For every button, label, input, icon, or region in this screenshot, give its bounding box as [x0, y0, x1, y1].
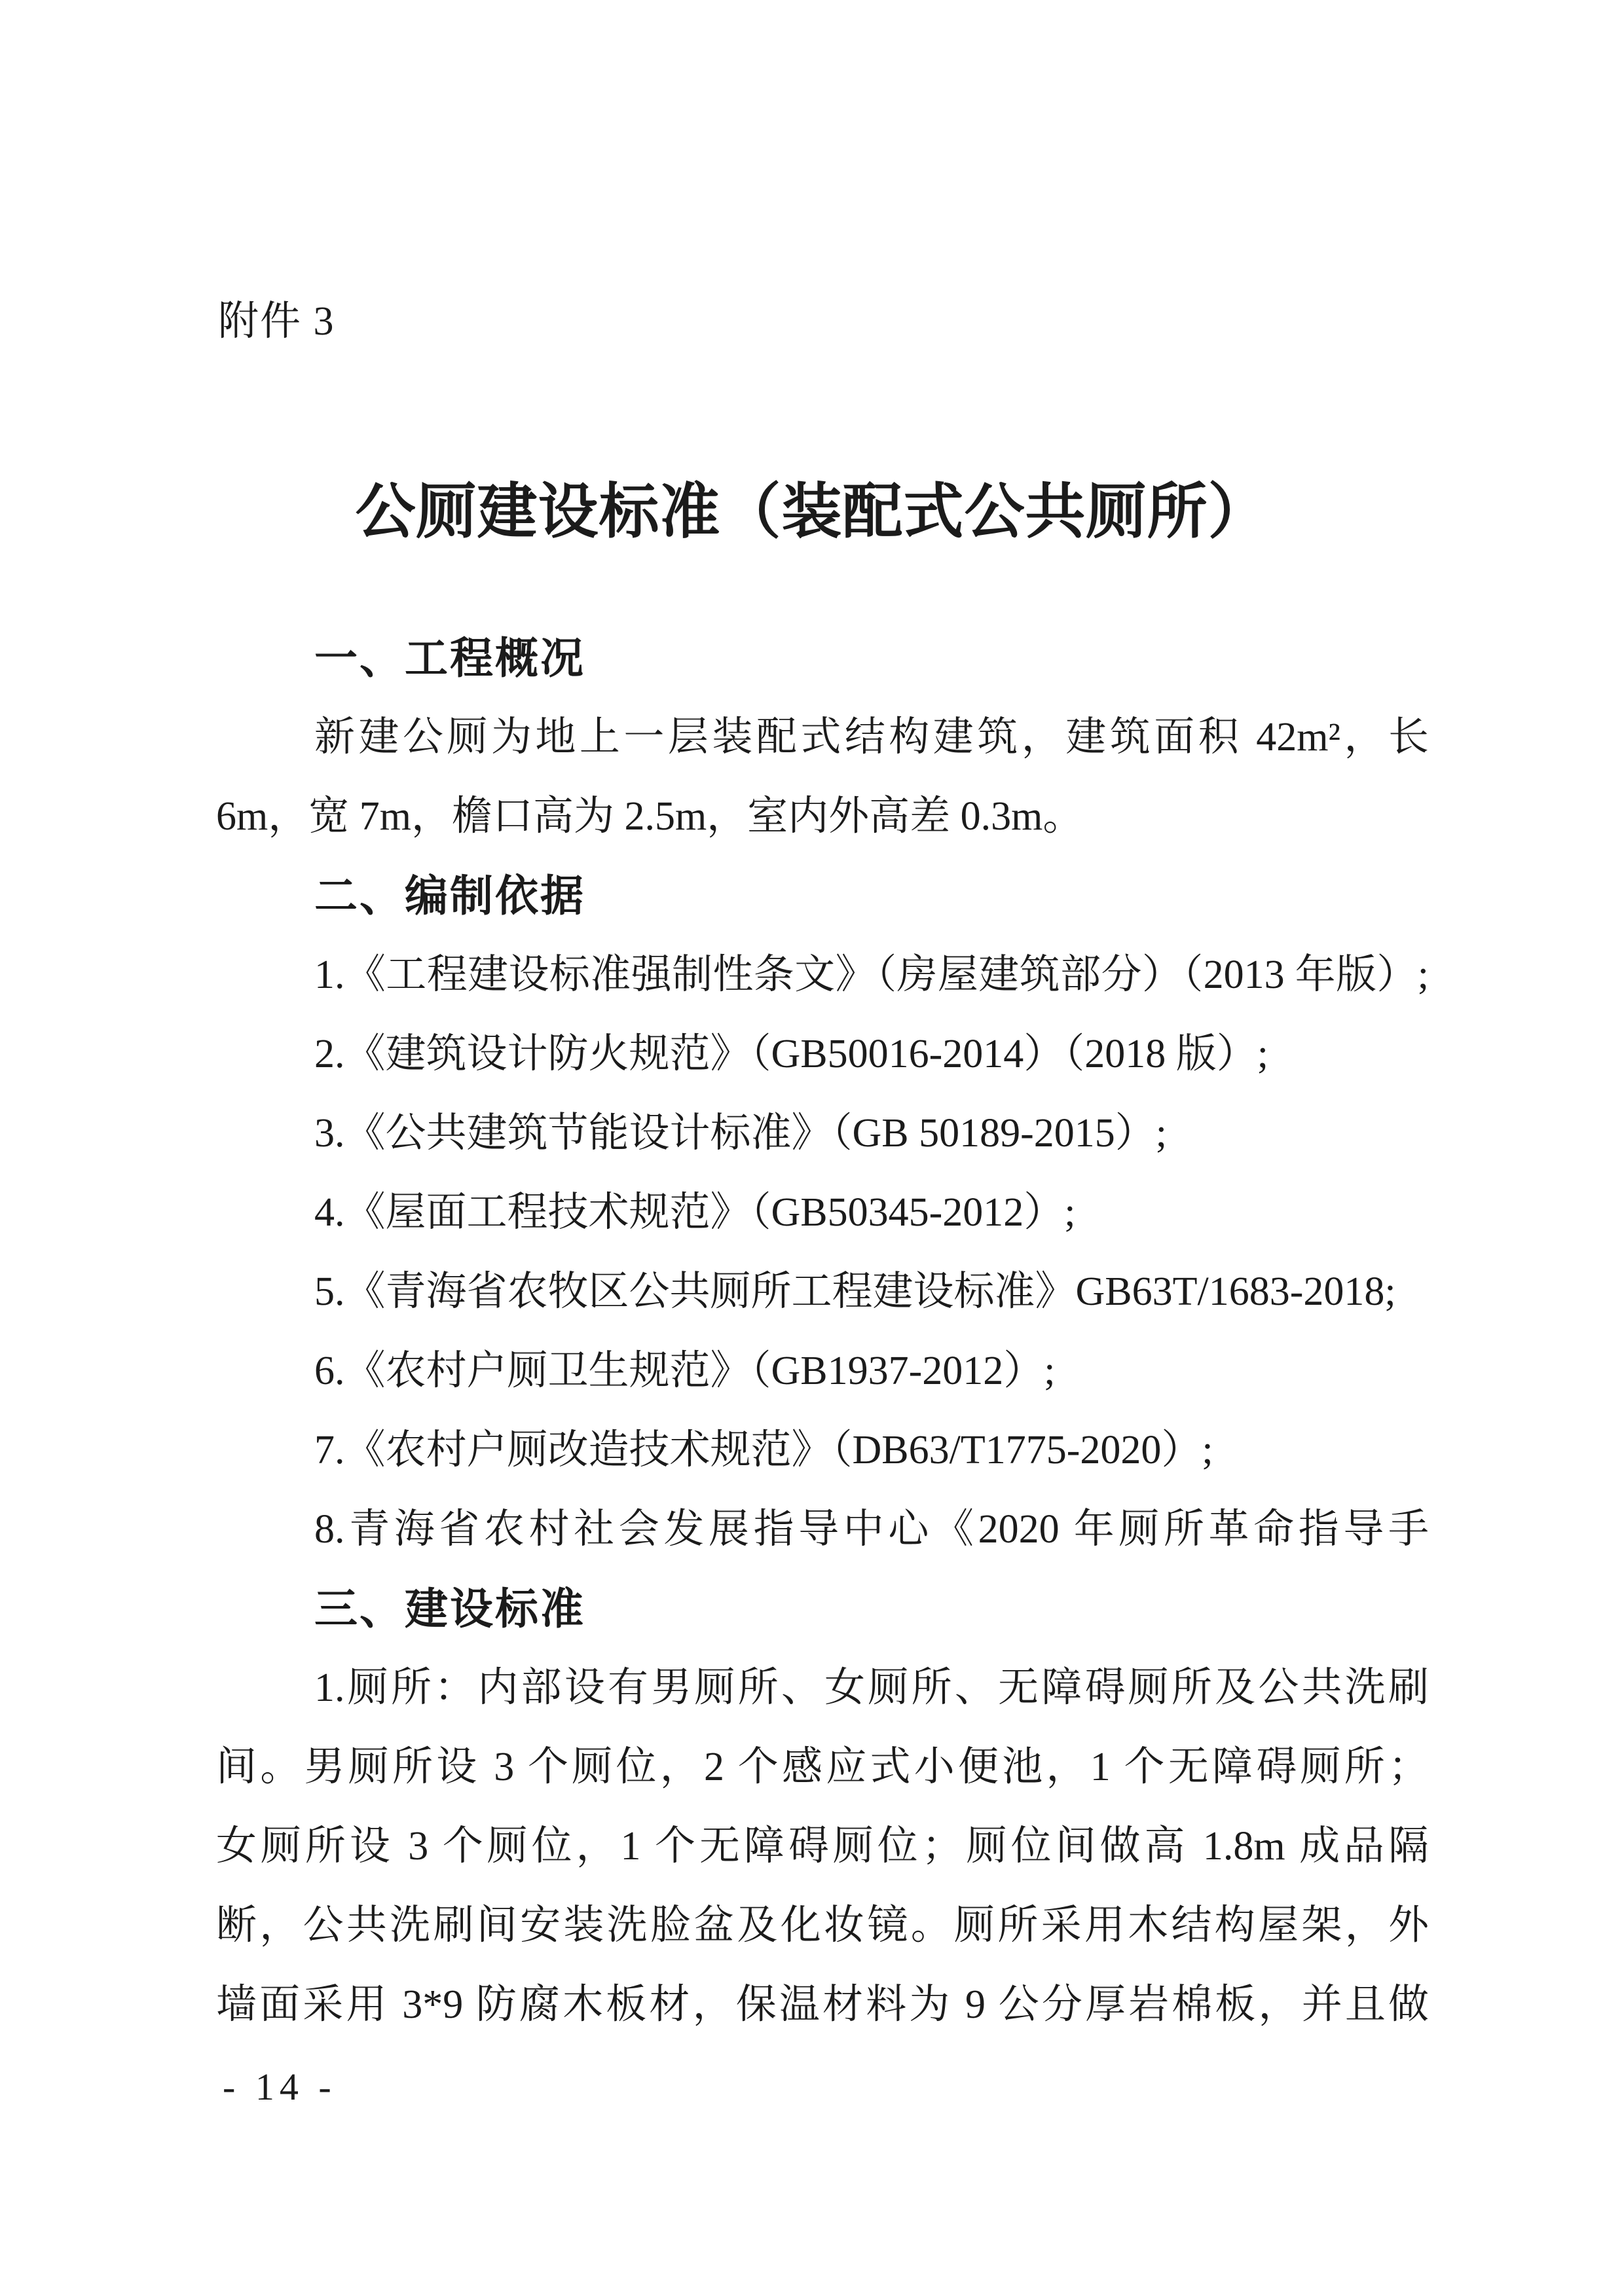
body-line: 间。男厕所设 3 个厕位，2 个感应式小便池，1 个无障碍厕所； — [216, 1728, 1429, 1807]
reference-item-2: 2.《建筑设计防火规范》（GB50016-2014）（2018 版）; — [216, 1015, 1429, 1094]
reference-item-8: 8.青海省农村社会发展指导中心《2020 年厕所革命指导手册》。 — [216, 1490, 1429, 1569]
body-line: 女厕所设 3 个厕位，1 个无障碍厕位；厕位间做高 1.8m 成品隔 — [216, 1807, 1429, 1886]
reference-item-5: 5.《青海省农牧区公共厕所工程建设标准》GB63T/1683-2018; — [216, 1252, 1429, 1332]
page-number: - 14 - — [223, 2061, 337, 2113]
body-line: 断，公共洗刷间安装洗脸盆及化妆镜。厕所采用木结构屋架，外 — [216, 1886, 1429, 1965]
section-heading-construction-standard: 三、建设标准 — [216, 1569, 1429, 1649]
reference-item-1: 1.《工程建设标准强制性条文》（房屋建筑部分）（2013 年版）; — [216, 936, 1429, 1015]
document-body: 一、工程概况 新建公厕为地上一层装配式结构建筑，建筑面积 42m²，长 6m，宽… — [216, 619, 1429, 2045]
document-title: 公厕建设标准（装配式公共厕所） — [0, 475, 1624, 549]
body-line: 1.厕所：内部设有男厕所、女厕所、无障碍厕所及公共洗刷 — [216, 1649, 1429, 1728]
document-page: 附件 3 公厕建设标准（装配式公共厕所） 一、工程概况 新建公厕为地上一层装配式… — [0, 0, 1624, 2296]
section-heading-compilation-basis: 二、编制依据 — [216, 856, 1429, 936]
reference-item-7: 7.《农村户厕改造技术规范》（DB63/T1775-2020）; — [216, 1411, 1429, 1490]
reference-item-4: 4.《屋面工程技术规范》（GB50345-2012）; — [216, 1173, 1429, 1252]
attachment-label: 附件 3 — [218, 296, 335, 347]
body-line: 6m，宽 7m，檐口高为 2.5m，室内外高差 0.3m。 — [216, 777, 1429, 856]
body-line: 墙面采用 3*9 防腐木板材，保温材料为 9 公分厚岩棉板，并且做 — [216, 1965, 1429, 2045]
reference-item-3: 3.《公共建筑节能设计标准》（GB 50189-2015）; — [216, 1094, 1429, 1173]
body-line: 新建公厕为地上一层装配式结构建筑，建筑面积 42m²，长 — [216, 698, 1429, 777]
reference-item-6: 6.《农村户厕卫生规范》（GB1937-2012）; — [216, 1332, 1429, 1411]
section-heading-project-overview: 一、工程概况 — [216, 619, 1429, 698]
